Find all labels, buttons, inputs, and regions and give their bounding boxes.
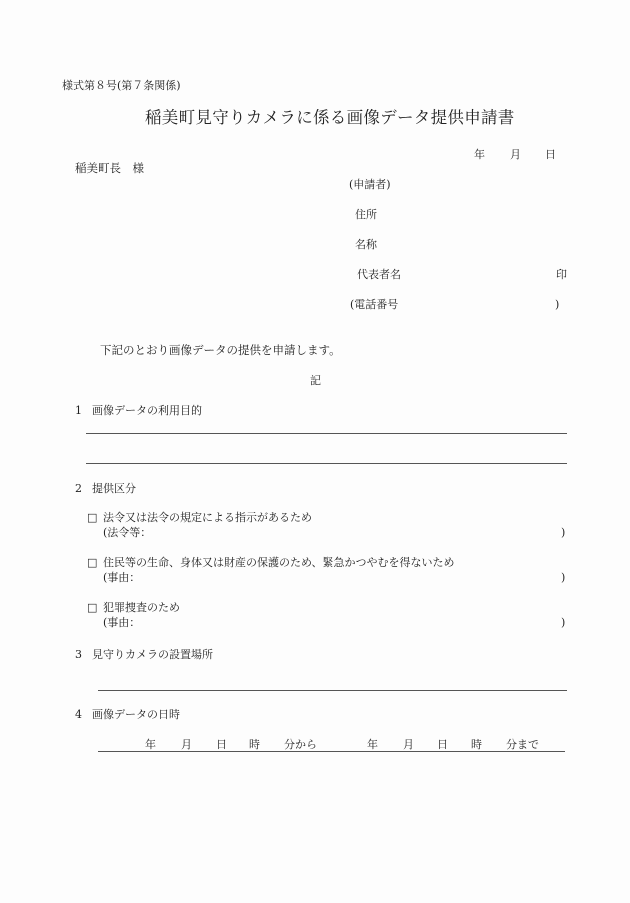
option-detail-close: ) (561, 617, 565, 628)
section-heading: 画像データの日時 (92, 709, 180, 720)
addressee: 稲美町長 様 (75, 163, 144, 175)
applicant-heading: (申請者) (349, 179, 391, 190)
option-label: 住民等の生命、身体又は財産の保護のため、緊急かつやむを得ないため (103, 557, 455, 568)
section-heading: 提供区分 (92, 483, 136, 494)
option-detail-label: (事由： (103, 617, 140, 628)
section-heading: 画像データの利用目的 (92, 405, 202, 416)
purpose-input-line-1[interactable] (86, 433, 567, 434)
seal-mark: 印 (556, 269, 567, 280)
to-hour-label: 時 (471, 739, 482, 750)
date-month-label: 月 (510, 149, 521, 160)
section-number: 1 (75, 405, 82, 416)
from-hour-label: 時 (249, 739, 260, 750)
from-month-label: 月 (181, 739, 192, 750)
option-label: 犯罪捜査のため (103, 602, 180, 613)
phone-label: (電話番号 (350, 299, 398, 310)
phone-close-paren: ) (555, 299, 559, 310)
from-year-label: 年 (145, 739, 156, 750)
section-number: 4 (75, 709, 82, 720)
intro-statement: 下記のとおり画像データの提供を申請します。 (100, 345, 341, 357)
name-label: 名称 (355, 239, 377, 250)
checkbox-icon[interactable]: □ (87, 512, 97, 523)
purpose-input-line-2[interactable] (86, 463, 567, 464)
to-month-label: 月 (403, 739, 414, 750)
location-input-line[interactable] (98, 690, 567, 691)
option-detail-close: ) (561, 527, 565, 538)
ki-heading: 記 (310, 375, 321, 386)
date-day-label: 日 (545, 149, 556, 160)
form-number: 様式第８号(第７条関係) (62, 80, 181, 91)
document-title: 稲美町見守りカメラに係る画像データ提供申請書 (145, 110, 515, 127)
option-detail-label: (法令等： (103, 527, 151, 538)
to-year-label: 年 (367, 739, 378, 750)
checkbox-icon[interactable]: □ (87, 557, 97, 568)
section-number: 2 (75, 483, 82, 494)
checkbox-icon[interactable]: □ (87, 602, 97, 613)
to-minute-label: 分まで (506, 739, 539, 750)
option-detail-close: ) (561, 572, 565, 583)
section-number: 3 (75, 649, 82, 660)
option-detail-label: (事由： (103, 572, 140, 583)
date-year-label: 年 (474, 149, 485, 160)
representative-label: 代表者名 (357, 269, 401, 280)
from-minute-label: 分から (284, 739, 317, 750)
from-day-label: 日 (216, 739, 227, 750)
to-day-label: 日 (437, 739, 448, 750)
address-label: 住所 (355, 209, 377, 220)
section-heading: 見守りカメラの設置場所 (92, 649, 213, 660)
option-label: 法令又は法令の規定による指示があるため (103, 512, 312, 523)
datetime-input-line[interactable] (98, 751, 565, 752)
